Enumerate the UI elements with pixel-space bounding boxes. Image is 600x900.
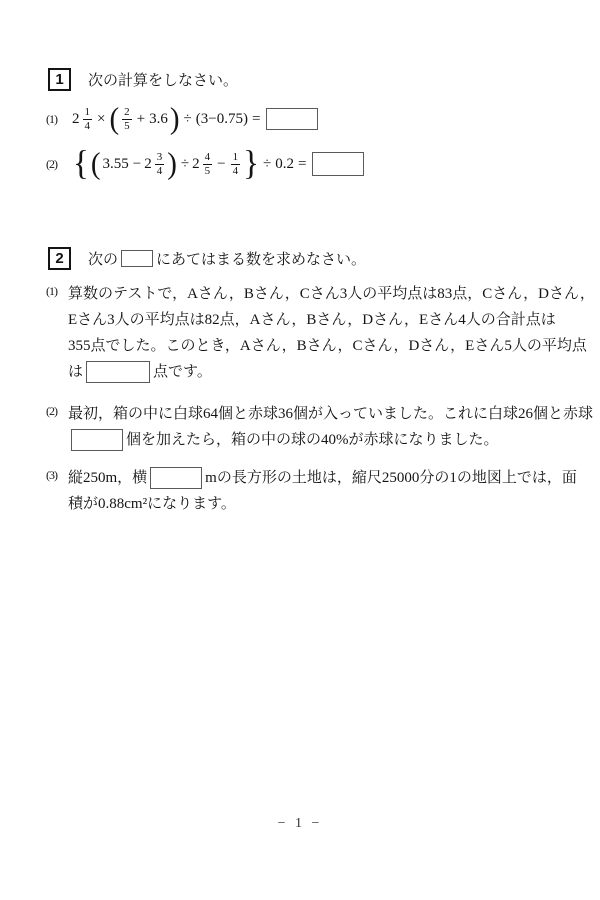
denominator: 5 bbox=[124, 120, 130, 133]
whole-number: 2 bbox=[72, 111, 80, 128]
fraction: 25 bbox=[122, 106, 132, 132]
operator: − bbox=[133, 156, 141, 173]
text-run: mの長方形の土地は，縮尺25000分の1の地図上では，面 bbox=[205, 465, 577, 491]
denominator: 4 bbox=[157, 165, 163, 178]
q1-item-2-label: (2) bbox=[46, 157, 72, 172]
operator: ÷ bbox=[184, 111, 192, 128]
text-run: Eさん3人の平均点は82点，Aさん，Bさん，Dさん，Eさん4人の合計点は bbox=[68, 307, 556, 333]
big-brace: } bbox=[243, 147, 259, 182]
question-1-title: 次の計算をしなさい。 bbox=[88, 69, 238, 90]
text-run: 355点でした。このとき，Aさん，Bさん，Cさん，Dさん，Eさん5人の平均点 bbox=[68, 333, 587, 359]
text-line: 355点でした。このとき，Aさん，Bさん，Cさん，Dさん，Eさん5人の平均点 bbox=[68, 333, 570, 359]
numerator: 2 bbox=[122, 106, 132, 120]
text-run: 個を加えたら，箱の中の球の40%が赤球になりました。 bbox=[126, 427, 499, 453]
exam-paper-page: 1 次の計算をしなさい。 (1) 214×(25+3.6)÷(3−0.75)= … bbox=[0, 0, 600, 900]
fraction: 14 bbox=[231, 151, 241, 177]
numerator: 4 bbox=[203, 151, 213, 165]
text-run: (3−0.75) bbox=[196, 111, 248, 128]
q2-item-2-text: 最初，箱の中に白球64個と赤球36個が入っていました。これに白球26個と赤球個を… bbox=[68, 401, 570, 453]
big-paren: ( bbox=[91, 149, 101, 180]
operator: − bbox=[217, 156, 225, 173]
big-paren: ( bbox=[109, 104, 119, 135]
whole-number: 2 bbox=[144, 156, 152, 173]
text-run: 3.55 bbox=[103, 156, 129, 173]
q2-item-1: (1) 算数のテストで，Aさん，Bさん，Cさん3人の平均点は83点，Cさん，Dさ… bbox=[46, 281, 570, 385]
page-number: − 1 − bbox=[0, 816, 600, 832]
q1-item-1: (1) 214×(25+3.6)÷(3−0.75)= bbox=[46, 99, 321, 139]
answer-box bbox=[312, 152, 364, 176]
q2-item-1-text: 算数のテストで，Aさん，Bさん，Cさん3人の平均点は83点，Cさん，Dさん，Eさ… bbox=[68, 281, 570, 385]
numerator: 1 bbox=[231, 151, 241, 165]
answer-box bbox=[86, 361, 150, 383]
text-run: 0.2 bbox=[275, 156, 294, 173]
operator: ÷ bbox=[181, 156, 189, 173]
fraction: 34 bbox=[155, 151, 165, 177]
operator: ÷ bbox=[263, 156, 271, 173]
answer-box bbox=[121, 250, 153, 267]
operator: = bbox=[298, 156, 306, 173]
question-1-header: 1 次の計算をしなさい。 bbox=[48, 68, 238, 91]
question-2-title: 次のにあてはまる数を求めなさい。 bbox=[88, 248, 366, 269]
text-line: 縦250m，横mの長方形の土地は，縮尺25000分の1の地図上では，面 bbox=[68, 465, 570, 491]
big-brace: { bbox=[73, 147, 89, 182]
text-line: 最初，箱の中に白球64個と赤球36個が入っていました。これに白球26個と赤球 bbox=[68, 401, 570, 427]
mixed-number: 234 bbox=[144, 151, 166, 177]
answer-box bbox=[71, 429, 123, 451]
q1-item-2-equation: {(3.55−234)÷245−14}÷0.2= bbox=[72, 148, 367, 181]
denominator: 4 bbox=[233, 165, 239, 178]
text-run: にあてはまる数を求めなさい。 bbox=[156, 248, 366, 269]
text-line: 個を加えたら，箱の中の球の40%が赤球になりました。 bbox=[68, 427, 570, 453]
fraction: 45 bbox=[203, 151, 213, 177]
text-run: 次の bbox=[88, 248, 118, 269]
text-run: 最初，箱の中に白球64個と赤球36個が入っていました。これに白球26個と赤球 bbox=[68, 401, 593, 427]
q2-item-3-text: 縦250m，横mの長方形の土地は，縮尺25000分の1の地図上では，面積が0.8… bbox=[68, 465, 570, 517]
mixed-number: 245 bbox=[192, 151, 214, 177]
question-2-number-box: 2 bbox=[48, 247, 71, 270]
text-run: 算数のテストで，Aさん，Bさん，Cさん3人の平均点は83点，Cさん，Dさん， bbox=[68, 281, 595, 307]
q1-item-2: (2) {(3.55−234)÷245−14}÷0.2= bbox=[46, 144, 367, 184]
q2-item-2-label: (2) bbox=[46, 404, 72, 419]
big-paren: ) bbox=[167, 149, 177, 180]
text-run: 縦250m，横 bbox=[68, 465, 147, 491]
text-line: Eさん3人の平均点は82点，Aさん，Bさん，Dさん，Eさん4人の合計点は bbox=[68, 307, 570, 333]
question-2-header: 2 次のにあてはまる数を求めなさい。 bbox=[48, 247, 366, 270]
operator: × bbox=[97, 111, 105, 128]
text-line: 積が0.88cm²になります。 bbox=[68, 491, 570, 517]
q2-item-3-label: (3) bbox=[46, 468, 72, 483]
q1-item-1-label: (1) bbox=[46, 112, 72, 127]
numerator: 3 bbox=[155, 151, 165, 165]
fraction: 14 bbox=[83, 106, 93, 132]
operator: + bbox=[137, 111, 145, 128]
q2-item-3: (3) 縦250m，横mの長方形の土地は，縮尺25000分の1の地図上では，面積… bbox=[46, 465, 570, 517]
big-paren: ) bbox=[170, 104, 180, 135]
text-run: 3.6 bbox=[149, 111, 168, 128]
text-line: 算数のテストで，Aさん，Bさん，Cさん3人の平均点は83点，Cさん，Dさん， bbox=[68, 281, 570, 307]
denominator: 5 bbox=[205, 165, 211, 178]
answer-box bbox=[266, 108, 318, 130]
text-line: は点です。 bbox=[68, 359, 570, 385]
q1-item-1-equation: 214×(25+3.6)÷(3−0.75)= bbox=[72, 105, 321, 134]
whole-number: 2 bbox=[192, 156, 200, 173]
q2-item-1-label: (1) bbox=[46, 284, 72, 299]
numerator: 1 bbox=[83, 106, 93, 120]
answer-box bbox=[150, 467, 202, 489]
q2-item-2: (2) 最初，箱の中に白球64個と赤球36個が入っていました。これに白球26個と… bbox=[46, 401, 570, 453]
mixed-number: 214 bbox=[72, 106, 94, 132]
text-run: 積が0.88cm²になります。 bbox=[68, 491, 236, 517]
question-1-number-box: 1 bbox=[48, 68, 71, 91]
text-run: 点です。 bbox=[153, 359, 212, 385]
text-run: は bbox=[68, 359, 83, 385]
operator: = bbox=[252, 111, 260, 128]
denominator: 4 bbox=[85, 120, 91, 133]
